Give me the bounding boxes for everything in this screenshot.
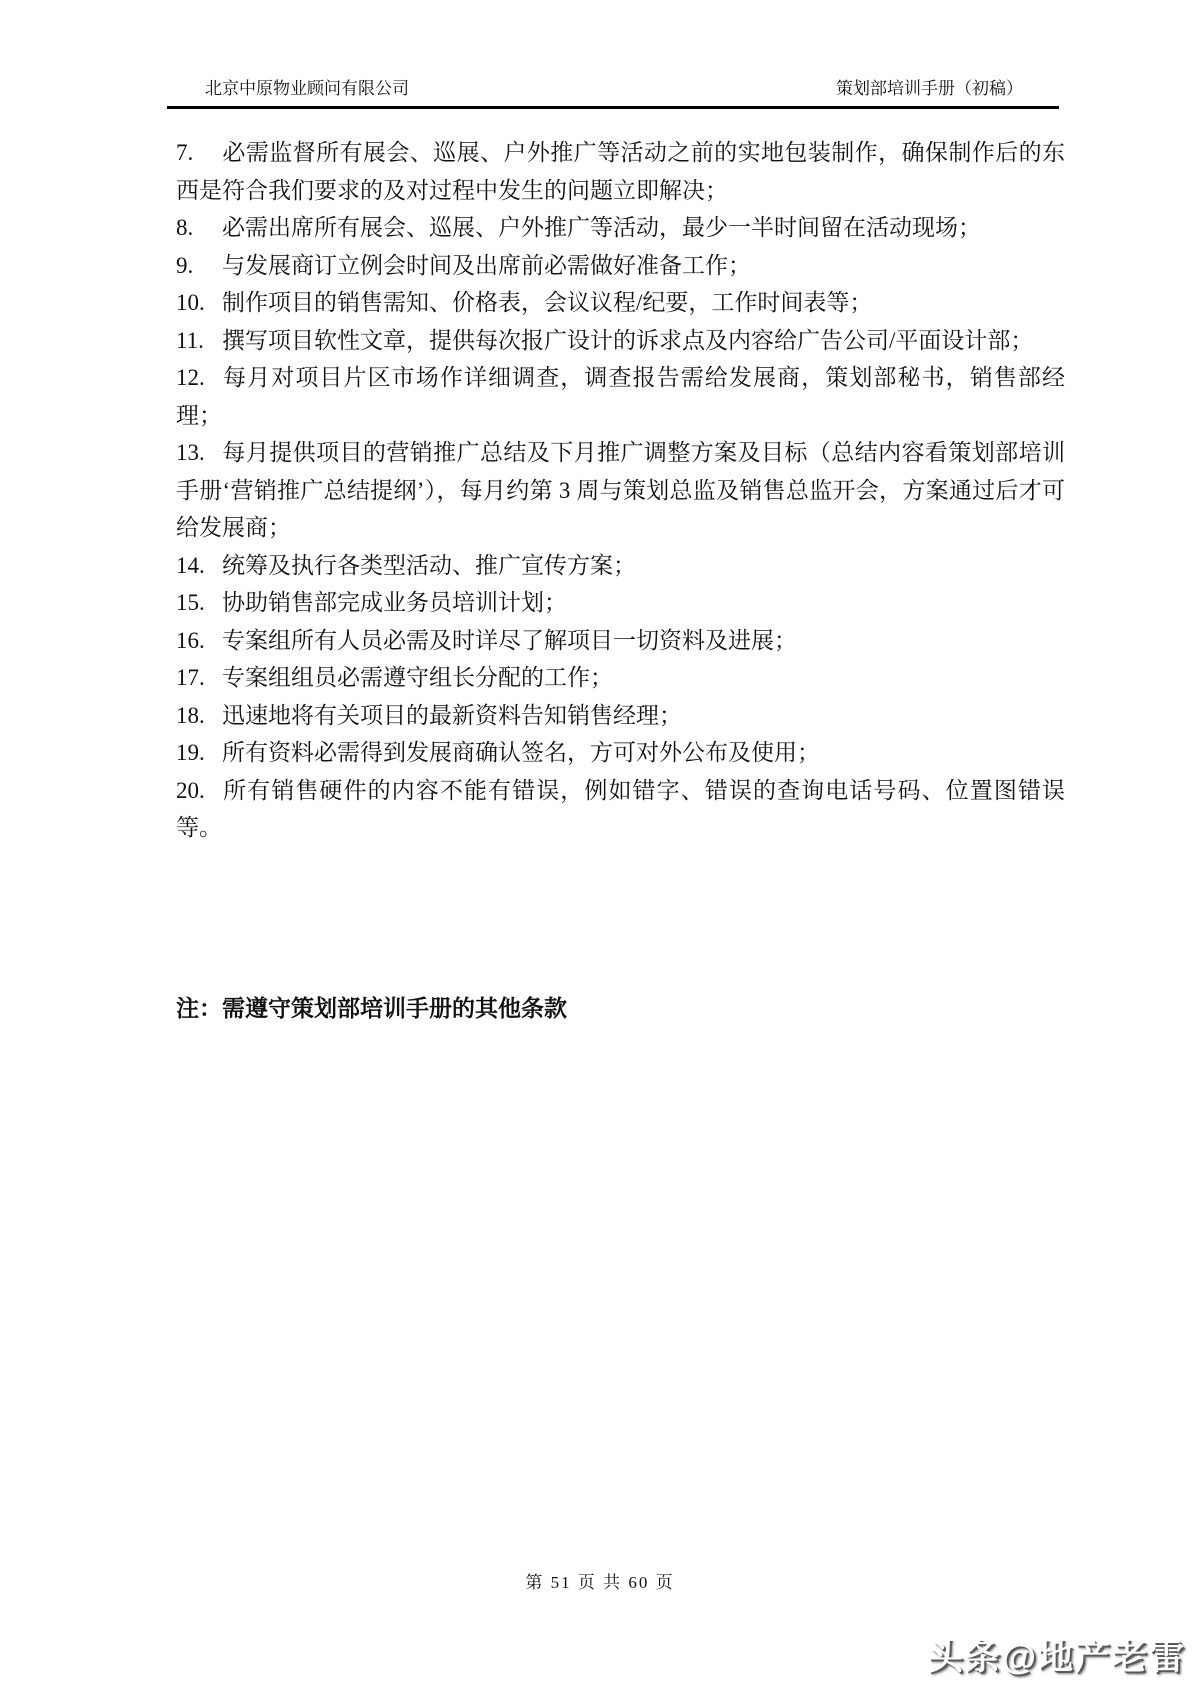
list-item: 15.协助销售部完成业务员培训计划； <box>176 584 1065 622</box>
list-item: 8.必需出席所有展会、巡展、户外推广等活动，最少一半时间留在活动现场； <box>176 209 1065 247</box>
list-item-number: 8. <box>176 209 222 247</box>
list-item-text: 每月提供项目的营销推广总结及下月推广调整方案及目标（总结内容看策划部培训手册‘营… <box>176 440 1065 540</box>
list-item-number: 18. <box>176 697 222 735</box>
page-header: 北京中原物业顾问有限公司 策划部培训手册（初稿） <box>167 78 1059 109</box>
list-item-text: 所有销售硬件的内容不能有错误，例如错字、错误的查询电话号码、位置图错误等。 <box>176 778 1065 841</box>
list-item-text: 必需监督所有展会、巡展、户外推广等活动之前的实地包装制作，确保制作后的东西是符合… <box>176 140 1065 203</box>
list-item-number: 17. <box>176 659 222 697</box>
header-company-name: 北京中原物业顾问有限公司 <box>167 78 409 100</box>
list-item-text: 必需出席所有展会、巡展、户外推广等活动，最少一半时间留在活动现场； <box>222 215 981 240</box>
list-item: 11.撰写项目软性文章，提供每次报广设计的诉求点及内容给广告公司/平面设计部； <box>176 322 1065 360</box>
list-item: 7.必需监督所有展会、巡展、户外推广等活动之前的实地包装制作，确保制作后的东西是… <box>176 134 1065 209</box>
list-item-text: 撰写项目软性文章，提供每次报广设计的诉求点及内容给广告公司/平面设计部； <box>222 328 1033 353</box>
document-page: 北京中原物业顾问有限公司 策划部培训手册（初稿） 7.必需监督所有展会、巡展、户… <box>0 0 1200 1697</box>
list-item-text: 所有资料必需得到发展商确认签名，方可对外公布及使用； <box>222 740 820 765</box>
list-item-number: 13. <box>176 434 222 472</box>
body-numbered-list: 7.必需监督所有展会、巡展、户外推广等活动之前的实地包装制作，确保制作后的东西是… <box>176 134 1065 847</box>
list-item-number: 15. <box>176 584 222 622</box>
list-item: 18.迅速地将有关项目的最新资料告知销售经理； <box>176 697 1065 735</box>
list-item-number: 10. <box>176 284 222 322</box>
list-item-text: 迅速地将有关项目的最新资料告知销售经理； <box>222 703 682 728</box>
list-item-number: 9. <box>176 247 222 285</box>
list-item-text: 与发展商订立例会时间及出席前必需做好准备工作； <box>222 253 751 278</box>
list-item-number: 19. <box>176 734 222 772</box>
list-item-text: 专案组组员必需遵守组长分配的工作； <box>222 665 613 690</box>
list-item-text: 专案组所有人员必需及时详尽了解项目一切资料及进展； <box>222 628 797 653</box>
watermark-text: 头条@地产老雷 <box>928 1630 1186 1680</box>
list-item-text: 制作项目的销售需知、价格表，会议议程/纪要，工作时间表等； <box>222 290 872 315</box>
list-item: 9.与发展商订立例会时间及出席前必需做好准备工作； <box>176 247 1065 285</box>
list-item: 19.所有资料必需得到发展商确认签名，方可对外公布及使用； <box>176 734 1065 772</box>
list-item-text: 协助销售部完成业务员培训计划； <box>222 590 567 615</box>
list-item-number: 11. <box>176 322 222 360</box>
list-item-number: 20. <box>176 772 222 810</box>
note-line: 注：需遵守策划部培训手册的其他条款 <box>176 990 1065 1027</box>
list-item: 17.专案组组员必需遵守组长分配的工作； <box>176 659 1065 697</box>
header-doc-title: 策划部培训手册（初稿） <box>836 78 1059 100</box>
list-item: 20.所有销售硬件的内容不能有错误，例如错字、错误的查询电话号码、位置图错误等。 <box>176 772 1065 847</box>
list-item: 10.制作项目的销售需知、价格表，会议议程/纪要，工作时间表等； <box>176 284 1065 322</box>
list-item: 12.每月对项目片区市场作详细调查，调查报告需给发展商，策划部秘书，销售部经理； <box>176 359 1065 434</box>
list-item-number: 16. <box>176 622 222 660</box>
list-item: 13.每月提供项目的营销推广总结及下月推广调整方案及目标（总结内容看策划部培训手… <box>176 434 1065 547</box>
list-item-number: 7. <box>176 134 222 172</box>
list-item: 16.专案组所有人员必需及时详尽了解项目一切资料及进展； <box>176 622 1065 660</box>
page-number-footer: 第 51 页 共 60 页 <box>0 1568 1200 1593</box>
list-item-number: 12. <box>176 359 222 397</box>
list-item-text: 每月对项目片区市场作详细调查，调查报告需给发展商，策划部秘书，销售部经理； <box>176 365 1065 428</box>
list-item-number: 14. <box>176 547 222 585</box>
list-item: 14.统筹及执行各类型活动、推广宣传方案； <box>176 547 1065 585</box>
list-item-text: 统筹及执行各类型活动、推广宣传方案； <box>222 553 636 578</box>
